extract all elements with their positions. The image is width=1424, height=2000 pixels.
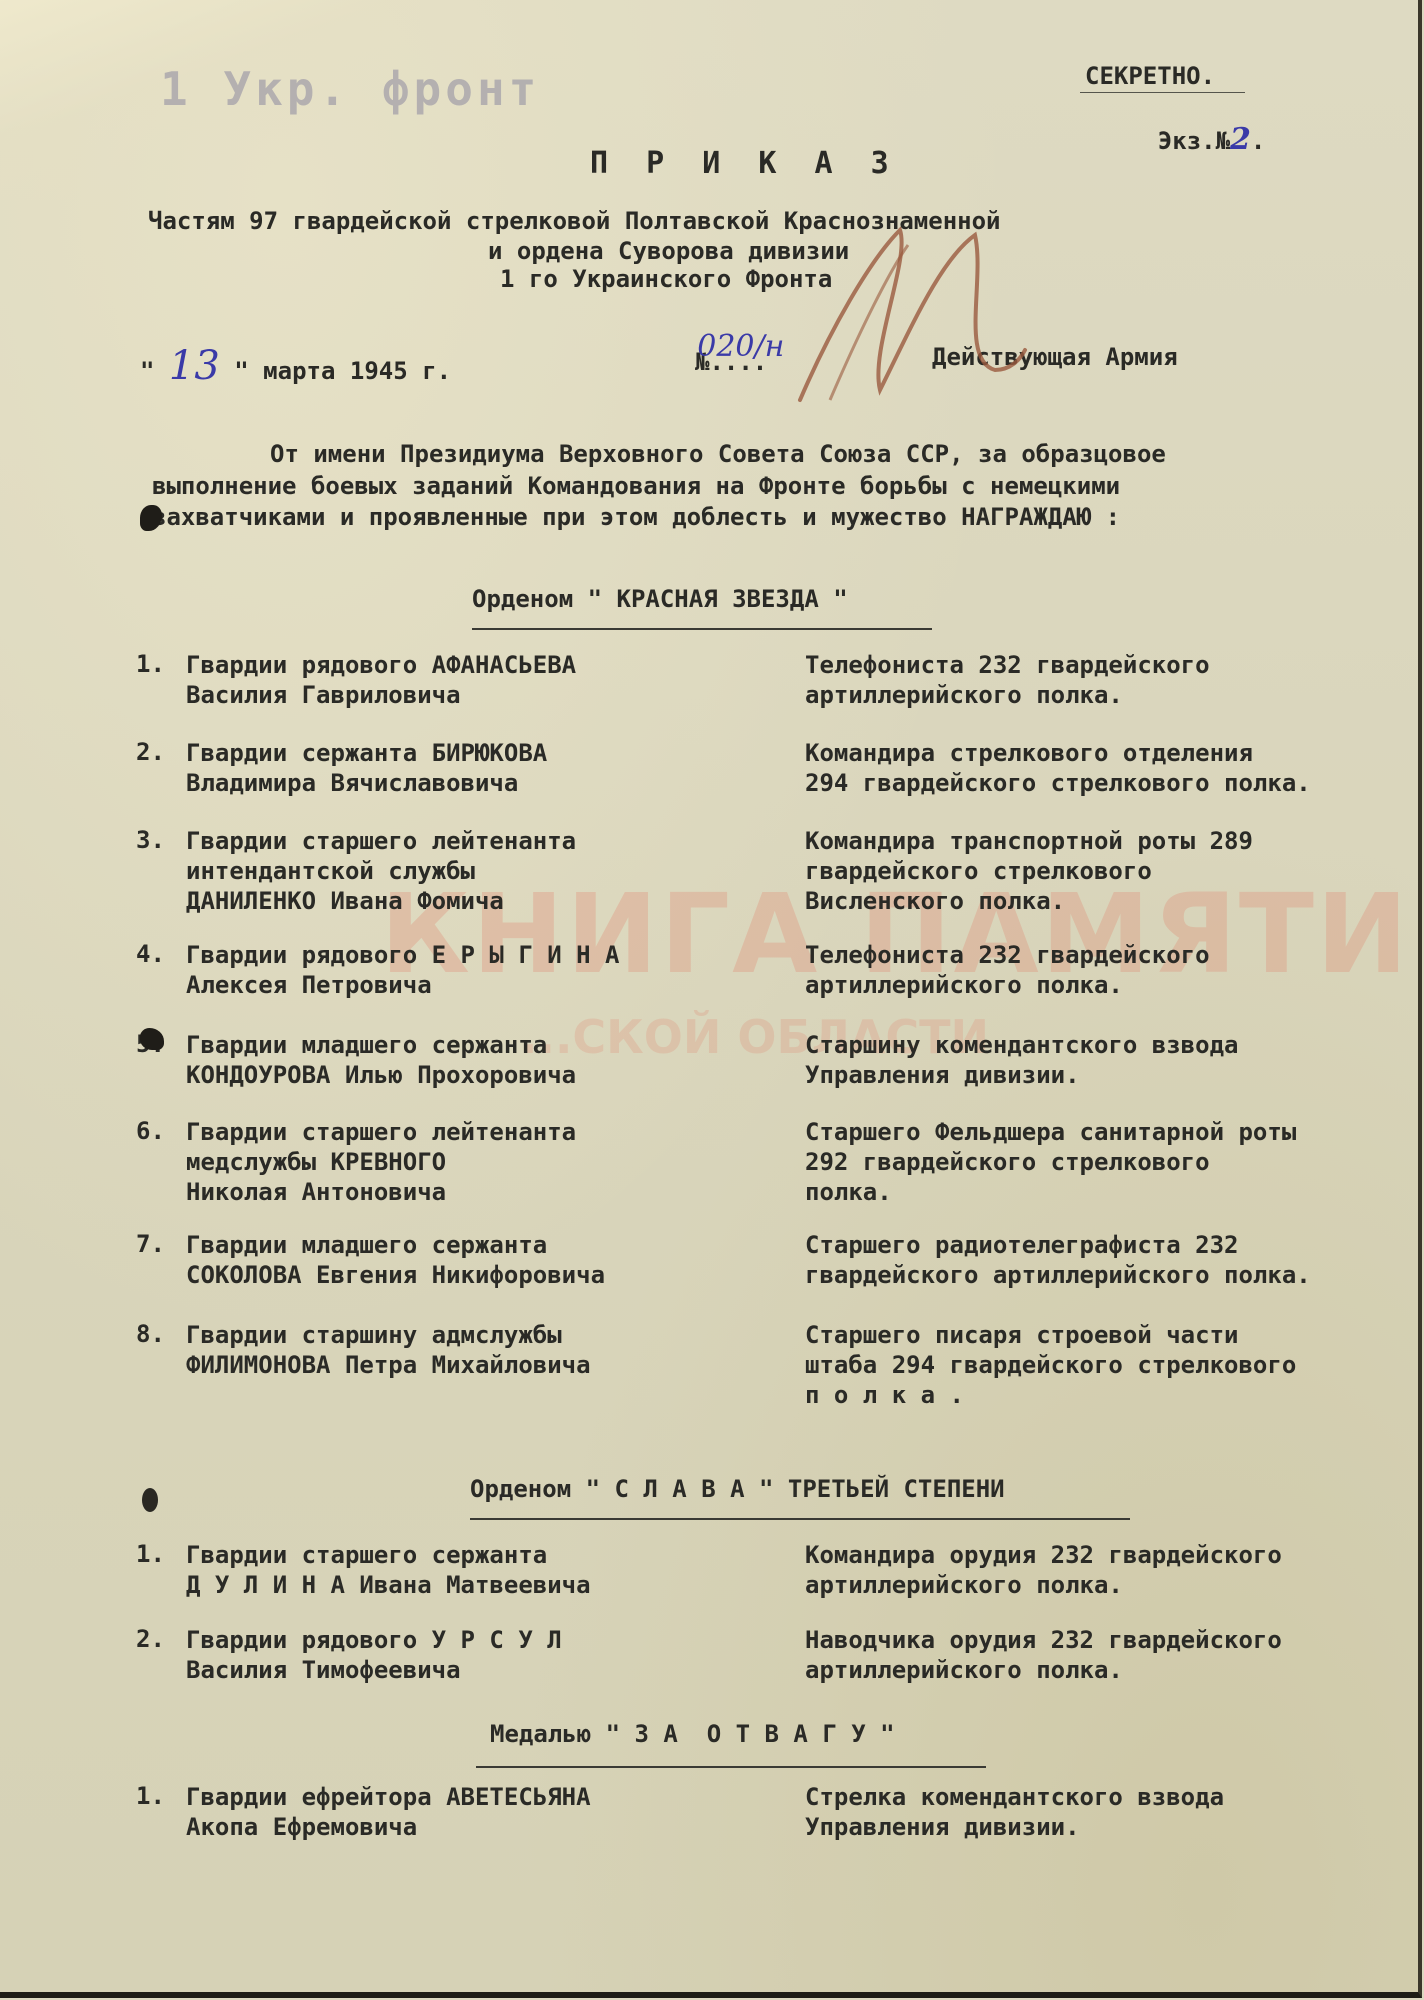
- document-page: 1 Укр. фронт СЕКРЕТНО. Экз.№2. П Р И К А…: [0, 0, 1422, 1998]
- position-line: Стрелка комендантского взвода: [805, 1783, 1224, 1811]
- entry-position: Телефониста 232 гвардейского артиллерийс…: [805, 940, 1210, 1000]
- entry-position: Командира стрелкового отделения 294 гвар…: [805, 738, 1311, 798]
- section-heading-glory: Орденом " С Л А В А " ТРЕТЬЕЙ СТЕПЕНИ: [470, 1475, 1005, 1503]
- name-line: Гвардии младшего сержанта: [186, 1231, 547, 1259]
- position-line: Телефониста 232 гвардейского: [805, 941, 1210, 969]
- entry-number: 1.: [136, 650, 165, 678]
- name-line: Алексея Петровича: [186, 971, 432, 999]
- entry-name: Гвардии младшего сержанта СОКОЛОВА Евген…: [186, 1230, 605, 1290]
- preamble-line-1: От имени Президиума Верховного Совета Со…: [270, 440, 1166, 468]
- classification-label: СЕКРЕТНО.: [1085, 62, 1215, 90]
- entry-position: Старшего писаря строевой части штаба 294…: [805, 1320, 1296, 1410]
- order-date-rest: марта 1945 г.: [263, 357, 451, 385]
- preamble-line-3: захватчиками и проявленные при этом добл…: [152, 503, 1120, 531]
- position-line: Командира орудия 232 гвардейского: [805, 1541, 1282, 1569]
- pencil-signature-icon: [790, 220, 1030, 410]
- name-line: Владимира Вячиславовича: [186, 769, 518, 797]
- entry-name: Гвардии старшего лейтенанта медслужбы КР…: [186, 1117, 576, 1207]
- position-line: Висленского полка.: [805, 887, 1065, 915]
- name-line: Гвардии старшего лейтенанта: [186, 1118, 576, 1146]
- name-line: КОНДОУРОВА Илью Прохоровича: [186, 1061, 576, 1089]
- section-heading-underline: [476, 1766, 986, 1768]
- entry-number: 3.: [136, 826, 165, 854]
- name-line: ФИЛИМОНОВА Петра Михайловича: [186, 1351, 591, 1379]
- name-line: Гвардии старшего сержанта: [186, 1541, 547, 1569]
- entry-position: Стрелка комендантского взвода Управления…: [805, 1782, 1224, 1842]
- order-date: " 13 " марта 1945 г.: [140, 343, 451, 389]
- entry-name: Гвардии рядового АФАНАСЬЕВА Василия Гавр…: [186, 650, 576, 710]
- entry-name: Гвардии старшего лейтенанта интендантско…: [186, 826, 576, 916]
- preamble-line-2: выполнение боевых заданий Командования н…: [152, 472, 1120, 500]
- entry-name: Гвардии сержанта БИРЮКОВА Владимира Вячи…: [186, 738, 547, 798]
- entry-name: Гвардии ефрейтора АВЕТЕСЬЯНА Акопа Ефрем…: [186, 1782, 591, 1842]
- entry-number: 8.: [136, 1320, 165, 1348]
- position-line: 292 гвардейского стрелкового: [805, 1148, 1210, 1176]
- position-line: Старшину комендантского взвода: [805, 1031, 1238, 1059]
- name-line: медслужбы КРЕВНОГО: [186, 1148, 446, 1176]
- copy-number-value: 2: [1230, 122, 1251, 157]
- section-heading-bravery-medal: Медалью " З А О Т В А Г У ": [490, 1720, 895, 1748]
- punch-hole-mark: [142, 1488, 158, 1512]
- entry-number: 1.: [136, 1782, 165, 1810]
- position-line: Старшего Фельдшера санитарной роты: [805, 1118, 1296, 1146]
- position-line: гвардейского стрелкового: [805, 857, 1152, 885]
- name-line: Гвардии старшего лейтенанта: [186, 827, 576, 855]
- position-line: Командира транспортной роты 289: [805, 827, 1253, 855]
- name-line: ДАНИЛЕНКО Ивана Фомича: [186, 887, 504, 915]
- position-line: Телефониста 232 гвардейского: [805, 651, 1210, 679]
- front-stamp: 1 Укр. фронт: [160, 62, 540, 116]
- entry-name: Гвардии старшего сержанта Д У Л И Н А Ив…: [186, 1540, 591, 1600]
- entry-number: 6.: [136, 1117, 165, 1145]
- position-line: Командира стрелкового отделения: [805, 739, 1253, 767]
- classification-underline: [1080, 92, 1245, 93]
- name-line: Акопа Ефремовича: [186, 1813, 417, 1841]
- position-line: артиллерийского полка.: [805, 1656, 1123, 1684]
- order-number-value: 020/н: [697, 329, 784, 364]
- name-line: Гвардии рядового Е Р Ы Г И Н А: [186, 941, 619, 969]
- name-line: Николая Антоновича: [186, 1178, 446, 1206]
- entry-number: 4.: [136, 940, 165, 968]
- entry-number: 1.: [136, 1540, 165, 1568]
- entry-number: 2.: [136, 1625, 165, 1653]
- copy-number-label: Экз.№: [1158, 127, 1230, 155]
- name-line: Гвардии младшего сержанта: [186, 1031, 547, 1059]
- position-line: 294 гвардейского стрелкового полка.: [805, 769, 1311, 797]
- position-line: Управления дивизии.: [805, 1061, 1080, 1089]
- section-heading-red-star: Орденом " КРАСНАЯ ЗВЕЗДА ": [472, 585, 848, 613]
- entry-position: Старшего радиотелеграфиста 232 гвардейск…: [805, 1230, 1311, 1290]
- entry-position: Телефониста 232 гвардейского артиллерийс…: [805, 650, 1210, 710]
- entry-name: Гвардии рядового У Р С У Л Василия Тимоф…: [186, 1625, 562, 1685]
- name-line: Гвардии сержанта БИРЮКОВА: [186, 739, 547, 767]
- position-line: Старшего писаря строевой части: [805, 1321, 1238, 1349]
- position-line: полка.: [805, 1178, 892, 1206]
- addressee-line-3: 1 го Украинского Фронта: [500, 265, 832, 293]
- position-line: гвардейского артиллерийского полка.: [805, 1261, 1311, 1289]
- position-line: Старшего радиотелеграфиста 232: [805, 1231, 1238, 1259]
- name-line: Василия Тимофеевича: [186, 1656, 461, 1684]
- entry-number: 2.: [136, 738, 165, 766]
- name-line: интендантской службы: [186, 857, 475, 885]
- section-heading-underline: [472, 628, 932, 630]
- document-title: П Р И К А З: [590, 146, 899, 181]
- entry-position: Командира транспортной роты 289 гвардейс…: [805, 826, 1253, 916]
- section-heading-underline: [470, 1518, 1130, 1520]
- entry-position: Командира орудия 232 гвардейского артилл…: [805, 1540, 1282, 1600]
- name-line: Гвардии рядового У Р С У Л: [186, 1626, 562, 1654]
- name-line: Гвардии старшину адмслужбы: [186, 1321, 562, 1349]
- position-line: Наводчика орудия 232 гвардейского: [805, 1626, 1282, 1654]
- position-line: артиллерийского полка.: [805, 971, 1123, 999]
- position-line: штаба 294 гвардейского стрелкового: [805, 1351, 1296, 1379]
- entry-position: Старшину комендантского взвода Управлени…: [805, 1030, 1238, 1090]
- name-line: СОКОЛОВА Евгения Никифоровича: [186, 1261, 605, 1289]
- copy-number: Экз.№2.: [1100, 94, 1265, 185]
- position-line: артиллерийского полка.: [805, 1571, 1123, 1599]
- name-line: Василия Гавриловича: [186, 681, 461, 709]
- entry-name: Гвардии рядового Е Р Ы Г И Н А Алексея П…: [186, 940, 619, 1000]
- position-line: Управления дивизии.: [805, 1813, 1080, 1841]
- name-line: Гвардии ефрейтора АВЕТЕСЬЯНА: [186, 1783, 591, 1811]
- order-date-day: 13: [169, 343, 220, 389]
- entry-number: 7.: [136, 1230, 165, 1258]
- name-line: Д У Л И Н А Ивана Матвеевича: [186, 1571, 591, 1599]
- entry-position: Старшего Фельдшера санитарной роты 292 г…: [805, 1117, 1296, 1207]
- position-line: артиллерийского полка.: [805, 681, 1123, 709]
- position-line: п о л к а .: [805, 1381, 964, 1409]
- entry-position: Наводчика орудия 232 гвардейского артилл…: [805, 1625, 1282, 1685]
- name-line: Гвардии рядового АФАНАСЬЕВА: [186, 651, 576, 679]
- entry-name: Гвардии старшину адмслужбы ФИЛИМОНОВА Пе…: [186, 1320, 591, 1380]
- entry-name: Гвардии младшего сержанта КОНДОУРОВА Иль…: [186, 1030, 576, 1090]
